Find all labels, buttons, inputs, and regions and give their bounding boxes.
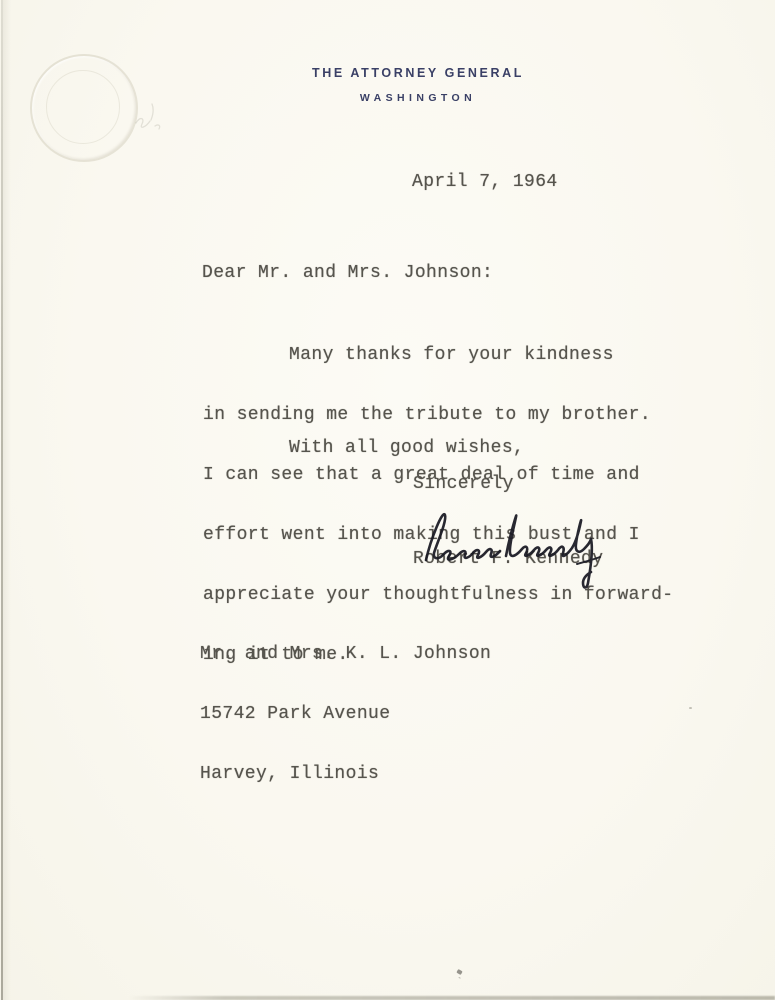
letterhead-city: WASHINGTON bbox=[360, 92, 476, 104]
recipient-street: 15742 Park Avenue bbox=[200, 704, 491, 724]
date-line: April 7, 1964 bbox=[412, 172, 558, 192]
recipient-name: Mr. and Mrs. K. L. Johnson bbox=[200, 644, 491, 664]
robert-f-kennedy-signature-icon bbox=[414, 494, 616, 596]
scanned-letter-page: THE ATTORNEY GENERAL WASHINGTON April 7,… bbox=[0, 0, 775, 1000]
recipient-address: Mr. and Mrs. K. L. Johnson 15742 Park Av… bbox=[200, 604, 491, 824]
body-line: Many thanks for your kindness bbox=[203, 345, 673, 365]
salutation: Dear Mr. and Mrs. Johnson: bbox=[202, 263, 493, 283]
scan-bottom-shadow bbox=[128, 996, 775, 1000]
pencil-scribble-mark bbox=[131, 96, 165, 140]
scan-left-shading bbox=[3, 0, 11, 1000]
letterhead-office: THE ATTORNEY GENERAL bbox=[312, 66, 524, 80]
body-line: in sending me the tribute to my brother. bbox=[203, 405, 673, 425]
ink-speck bbox=[456, 969, 462, 975]
closing-line: With all good wishes, bbox=[289, 438, 524, 458]
recipient-city: Harvey, Illinois bbox=[200, 764, 491, 784]
embossed-seal-icon bbox=[30, 54, 138, 162]
valediction: Sincerely bbox=[413, 474, 514, 494]
ink-speck bbox=[689, 707, 692, 709]
